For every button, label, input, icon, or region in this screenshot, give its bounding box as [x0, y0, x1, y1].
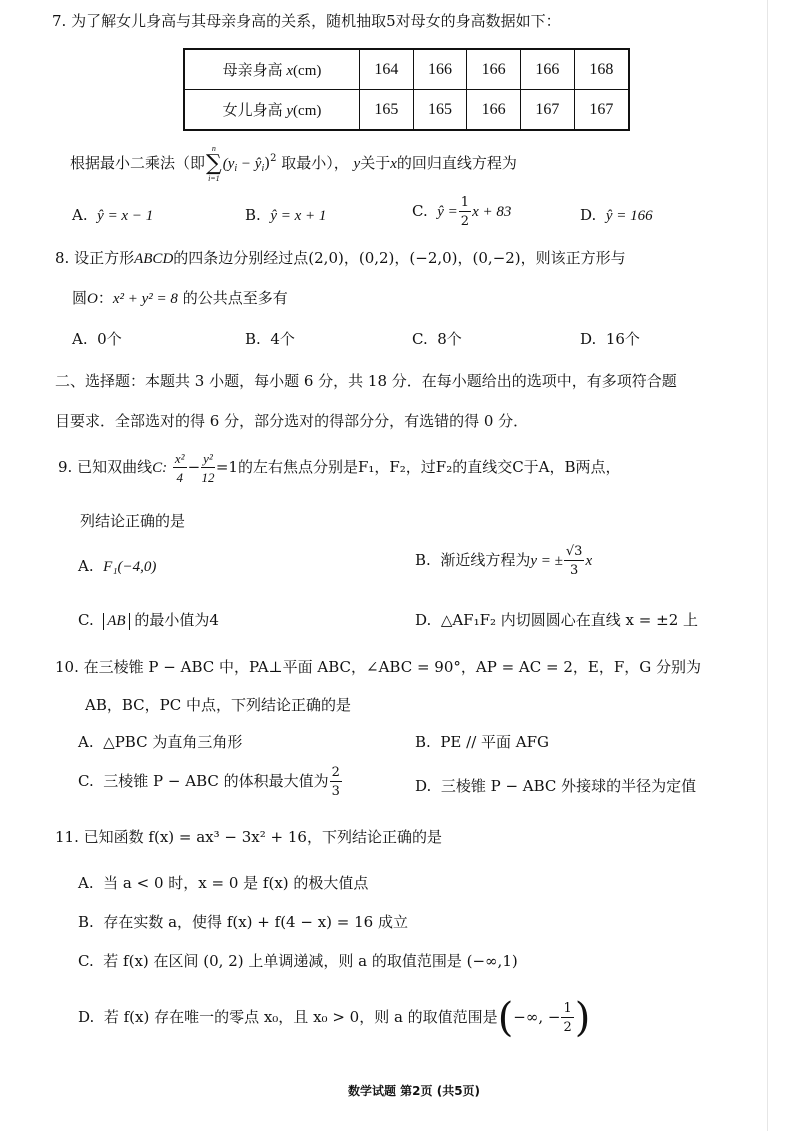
absolute-value: AB [103, 613, 129, 630]
denominator: 4 [176, 468, 183, 484]
option-text: ŷ = x − 1 [97, 208, 153, 224]
q11-option-d[interactable]: D. 若 f(x) 存在唯一的零点 x₀，且 x₀ > 0，则 a 的取值范围是… [78, 998, 590, 1038]
text: 圆 [72, 289, 87, 307]
option-label: C. [78, 611, 94, 629]
q11-option-a[interactable]: A. 当 a < 0 时，x = 0 是 f(x) 的极大值点 [78, 872, 368, 893]
option-text: ŷ = x + 1 [270, 208, 326, 224]
text: 设正方形 [74, 249, 134, 267]
text: 的左右焦点分别是F₁，F₂，过F₂的直线交C于A，B两点， [238, 458, 621, 476]
option-label: A. [78, 874, 94, 892]
numerator: 1 [561, 1002, 573, 1018]
numerator: x² [173, 452, 187, 468]
option-label: B. [415, 733, 431, 751]
option-text: 当 a < 0 时，x = 0 是 f(x) 的极大值点 [103, 874, 368, 892]
q10-option-b[interactable]: B. PE // 平面 AFG [415, 731, 549, 752]
q9-option-b[interactable]: B. 渐近线方程为y = ±√33x [415, 545, 592, 577]
superscript-2: 2 [270, 153, 276, 164]
sum-expr: − ŷ [237, 156, 261, 172]
sigma-icon: ∑ [206, 153, 222, 175]
q7-stem: 7. 为了解女儿身高与其母亲身高的关系，随机抽取5对母女的身高数据如下： [52, 10, 561, 31]
option-text: y = ± [530, 553, 563, 569]
option-text: 三棱锥 P − ABC 外接球的半径为定值 [441, 777, 696, 795]
var-o: O [87, 291, 98, 307]
text: 已知双曲线 [77, 458, 152, 476]
option-label: C. [412, 202, 428, 220]
q8-stem-line1: 8. 设正方形ABCD的四条边分别经过点(2,0)，(0,2)，(−2,0)，(… [55, 247, 626, 268]
table-cell: 165 [413, 90, 467, 131]
q10-stem-line1: 10. 在三棱锥 P − ABC 中，PA⊥平面 ABC，∠ABC = 90°，… [55, 656, 701, 677]
var-square: ABCD [134, 251, 173, 267]
table-row: 母亲身高 x(cm) 164 166 166 166 168 [184, 49, 629, 90]
option-label: B. [415, 551, 431, 569]
option-label: A. [78, 557, 94, 575]
section2-instructions-line2: 目要求．全部选对的得 6 分，部分选对的得部分分，有选错的得 0 分． [55, 410, 528, 431]
q7-height-table: 母亲身高 x(cm) 164 166 166 166 168 女儿身高 y(cm… [183, 48, 630, 131]
option-text: △AF₁F₂ 内切圆圆心在直线 x = ±2 上 [441, 611, 698, 629]
fraction: √33 [564, 545, 585, 577]
summation-symbol: n∑i=1 [206, 145, 222, 183]
fraction: 12 [561, 1002, 573, 1034]
q11-option-c[interactable]: C. 若 f(x) 在区间 (0, 2) 上单调递减，则 a 的取值范围是 (−… [78, 950, 518, 971]
q7-option-b[interactable]: B. ŷ = x + 1 [245, 206, 326, 225]
option-label: B. [245, 330, 261, 348]
fraction: 12 [459, 196, 471, 228]
denominator: 2 [563, 1018, 571, 1034]
text: =1 [216, 458, 238, 476]
option-label: D. [580, 330, 596, 348]
option-label: C. [412, 330, 428, 348]
option-text: 三棱锥 P − ABC 的体积最大值为 [103, 772, 328, 790]
option-text: ŷ = [437, 204, 458, 220]
denominator: 2 [461, 212, 469, 228]
q7-option-c[interactable]: C. ŷ =12x + 83 [412, 196, 511, 228]
q10-option-a[interactable]: A. △PBC 为直角三角形 [78, 731, 242, 752]
option-text: 8个 [437, 330, 462, 348]
q9-option-d[interactable]: D. △AF₁F₂ 内切圆圆心在直线 x = ±2 上 [415, 609, 698, 630]
sum-expr: (y [223, 156, 235, 172]
q8-number: 8. [55, 249, 69, 267]
option-label: B. [78, 913, 94, 931]
option-text: PE // 平面 AFG [440, 733, 549, 751]
option-label: D. [415, 611, 431, 629]
q9-number: 9. [58, 458, 72, 476]
q8-stem-line2: 圆O：x² + y² = 8 的公共点至多有 [72, 287, 288, 308]
q7-stem-text: 为了解女儿身高与其母亲身高的关系，随机抽取5对母女的身高数据如下： [71, 12, 561, 30]
table-cell: 166 [413, 49, 467, 90]
option-label: A. [78, 733, 94, 751]
q11-stem: 11. 已知函数 f(x) = ax³ − 3x² + 16，下列结论正确的是 [55, 826, 442, 847]
numerator: y² [201, 452, 215, 468]
row-unit: (cm) [293, 103, 321, 119]
q8-option-b[interactable]: B. 4个 [245, 328, 295, 349]
q9-option-c[interactable]: C. AB 的最小值为4 [78, 609, 219, 630]
page-footer: 数学试题 第2页 (共5页) [348, 1082, 480, 1099]
option-label: D. [415, 777, 431, 795]
fraction: y²12 [201, 452, 215, 484]
text: 的四条边分别经过点(2,0)，(0,2)，(−2,0)，(0,−2)，则该正方形… [173, 249, 625, 267]
option-text: 4个 [270, 330, 295, 348]
text: 已知函数 f(x) = ax³ − 3x² + 16，下列结论正确的是 [84, 828, 442, 846]
table-cell: 167 [574, 90, 629, 131]
text: ： [98, 289, 113, 307]
numerator: 2 [330, 766, 342, 782]
q10-number: 10. [55, 658, 79, 676]
circle-equation: x² + y² = 8 [113, 291, 178, 307]
sum-lower: i=1 [208, 175, 220, 183]
table-cell: 168 [574, 49, 629, 90]
q8-option-c[interactable]: C. 8个 [412, 328, 462, 349]
q7-number: 7. [52, 12, 66, 30]
section2-instructions-line1: 二、选择题：本题共 3 小题，每小题 6 分，共 18 分．在每小题给出的选项中… [55, 370, 677, 391]
text: 关于 [360, 154, 390, 172]
var-x: x [390, 156, 397, 172]
option-text: 16个 [606, 330, 640, 348]
fraction: 23 [330, 766, 342, 798]
option-text: ŷ = 166 [606, 208, 653, 224]
table-row-header: 女儿身高 y(cm) [184, 90, 360, 131]
table-cell: 165 [360, 90, 414, 131]
option-label: D. [78, 1008, 94, 1026]
q11-number: 11. [55, 828, 79, 846]
q10-option-d[interactable]: D. 三棱锥 P − ABC 外接球的半径为定值 [415, 775, 696, 796]
right-paren-icon: ) [575, 995, 591, 1041]
q8-option-a[interactable]: A. 0个 [72, 328, 122, 349]
text: 的回归直线方程为 [397, 154, 517, 172]
table-cell: 166 [467, 90, 521, 131]
q9-stem-line2: 列结论正确的是 [80, 510, 185, 531]
text: 取最小）， [281, 154, 349, 172]
q10-stem-line2: AB，BC，PC 中点，下列结论正确的是 [85, 694, 351, 715]
page-edge-divider [767, 0, 768, 1131]
table-cell: 166 [521, 49, 575, 90]
table-cell: 164 [360, 49, 414, 90]
q8-option-d[interactable]: D. 16个 [580, 328, 640, 349]
option-text: 若 f(x) 在区间 (0, 2) 上单调递减，则 a 的取值范围是 (−∞,1… [103, 952, 517, 970]
option-text: 0个 [97, 330, 122, 348]
option-label: B. [245, 206, 261, 224]
option-label: A. [72, 330, 88, 348]
option-text: 存在实数 a，使得 f(x) + f(4 − x) = 16 成立 [103, 913, 408, 931]
row-unit: (cm) [293, 63, 321, 79]
text: − [188, 458, 201, 476]
fraction: x²4 [173, 452, 187, 484]
table-row-header: 母亲身高 x(cm) [184, 49, 360, 90]
option-text: △PBC 为直角三角形 [103, 733, 242, 751]
table-cell: 167 [521, 90, 575, 131]
numerator: √3 [564, 545, 585, 561]
text: 的公共点至多有 [183, 289, 288, 307]
option-text: x + 83 [472, 204, 511, 220]
row-header-label: 女儿身高 [223, 103, 283, 119]
q7-option-a[interactable]: A. ŷ = x − 1 [72, 206, 153, 225]
denominator: 3 [570, 561, 578, 577]
table-row: 女儿身高 y(cm) 165 165 166 167 167 [184, 90, 629, 131]
interval-text: −∞, − [513, 1008, 560, 1026]
option-label: C. [78, 772, 94, 790]
q7-stem2: 根据最小二乘法（即n∑i=1(yi − ŷi)2 取最小）， y关于x的回归直线… [70, 145, 517, 183]
option-text: F₁(−4,0) [103, 559, 156, 575]
option-label: D. [580, 206, 596, 224]
q10-option-c[interactable]: C. 三棱锥 P − ABC 的体积最大值为23 [78, 766, 343, 798]
table-cell: 166 [467, 49, 521, 90]
denominator: 12 [201, 468, 214, 484]
denominator: 3 [332, 782, 340, 798]
left-paren-icon: ( [498, 995, 514, 1041]
q7-option-d[interactable]: D. ŷ = 166 [580, 206, 653, 225]
option-text: 渐近线方程为 [440, 551, 530, 569]
var-c: C: [152, 460, 167, 476]
q11-option-b[interactable]: B. 存在实数 a，使得 f(x) + f(4 − x) = 16 成立 [78, 911, 408, 932]
option-text: 的最小值为4 [134, 611, 219, 629]
q9-stem-line1: 9. 已知双曲线C: x²4−y²12=1的左右焦点分别是F₁，F₂，过F₂的直… [58, 452, 621, 484]
numerator: 1 [459, 196, 471, 212]
q9-option-a[interactable]: A. F₁(−4,0) [78, 557, 156, 576]
text: 在三棱锥 P − ABC 中，PA⊥平面 ABC，∠ABC = 90°，AP =… [84, 658, 701, 676]
text: 根据最小二乘法（即 [70, 154, 205, 172]
option-text: 若 f(x) 存在唯一的零点 x₀，且 x₀ > 0，则 a 的取值范围是 [104, 1008, 498, 1026]
option-label: C. [78, 952, 94, 970]
option-label: A. [72, 206, 88, 224]
row-header-label: 母亲身高 [223, 63, 283, 79]
option-text: x [585, 553, 592, 569]
